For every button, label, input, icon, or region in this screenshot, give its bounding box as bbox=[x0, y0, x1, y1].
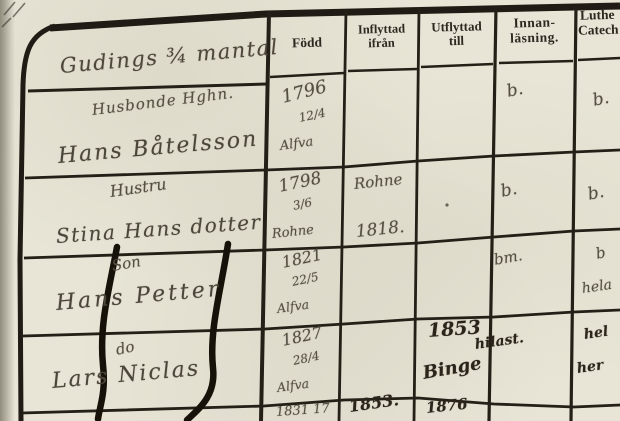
pen-hatch-marks bbox=[2, 2, 25, 27]
column-header-fodd: Född bbox=[270, 35, 344, 51]
entry-4-title: do bbox=[114, 337, 136, 358]
entry-4-luther-grade-line1: hel bbox=[583, 324, 609, 343]
column-header-innanlasning-line1: Innan- bbox=[496, 15, 573, 31]
scanned-church-record-page: Född Inflyttad ifrån Utflyttad till Inna… bbox=[0, 0, 620, 421]
column-header-luther-line2: Catech bbox=[578, 22, 620, 38]
header-underline bbox=[270, 58, 620, 77]
column-header-utflyttad-line2: till bbox=[419, 33, 494, 49]
column-header-innanlasning-line2: läsning. bbox=[496, 30, 573, 46]
column-header-luther-line1: Luthe bbox=[580, 7, 620, 23]
column-header-inflyttad-line2: ifrån bbox=[346, 35, 417, 51]
table-left-border bbox=[20, 26, 55, 421]
ink-dot bbox=[445, 203, 448, 206]
